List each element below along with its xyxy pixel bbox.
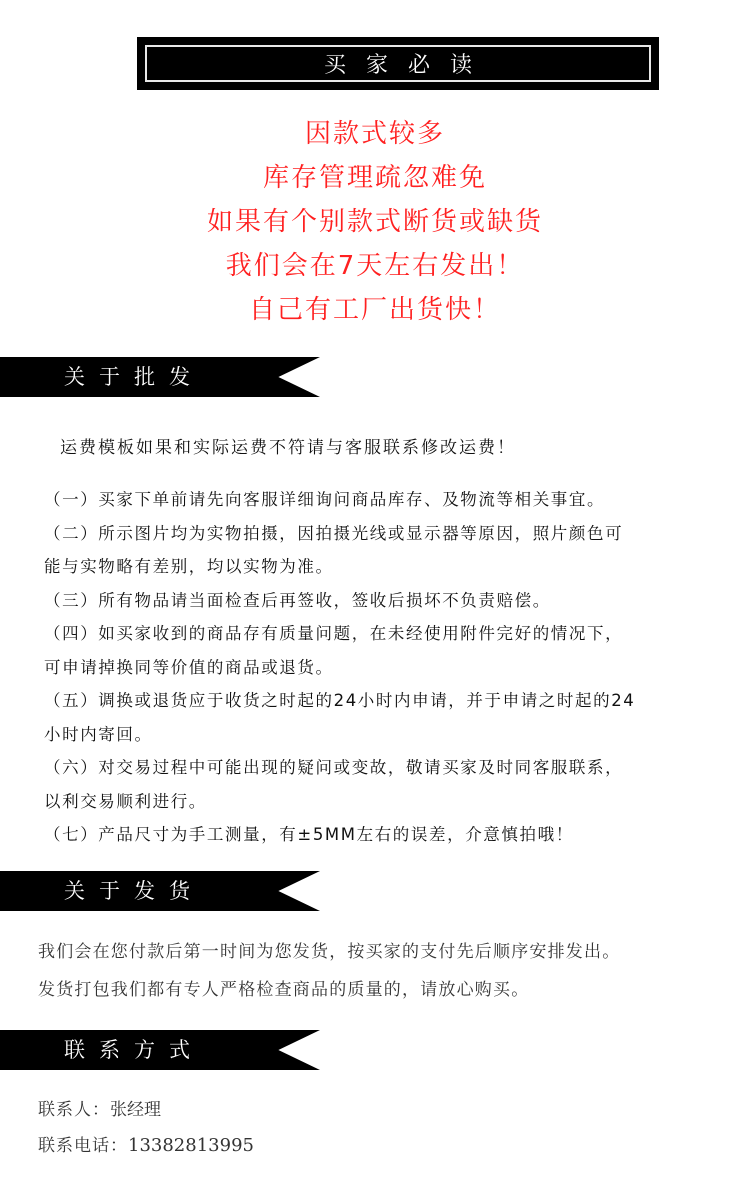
wholesale-rules: （一）买家下单前请先向客服详细询问商品库存、及物流等相关事宜。 （二）所示图片均… [44,483,744,852]
rule-item: （三）所有物品请当面检查后再签收，签收后损坏不负责赔偿。 [44,584,744,618]
header-frame: 买家必读 [145,45,651,82]
rule-item: 小时内寄回。 [44,718,744,752]
stock-notice-line: 因款式较多 [0,112,750,156]
shipping-fee-notice: 运费模板如果和实际运费不符请与客服联系修改运费！ [60,433,516,458]
stock-notice-line: 我们会在7天左右发出！ [0,244,750,288]
contact-phone-value: 13382813995 [128,1135,254,1156]
shipping-info: 我们会在您付款后第一时间为您发货，按买家的支付先后顺序安排发出。 发货打包我们都… [38,933,748,1009]
rule-item: （二）所示图片均为实物拍摄，因拍摄光线或显示器等原因，照片颜色可 [44,517,744,551]
stock-notice: 因款式较多 库存管理疏忽难免 如果有个别款式断货或缺货 我们会在7天左右发出！ … [0,112,750,332]
contact-phone-label: 联系电话： [38,1136,128,1156]
shipping-line: 发货打包我们都有专人严格检查商品的质量的，请放心购买。 [38,971,748,1009]
stock-notice-line: 如果有个别款式断货或缺货 [0,200,750,244]
rule-item: （六）对交易过程中可能出现的疑问或变故，敬请买家及时同客服联系， [44,751,744,785]
buyer-notice-header: 买家必读 [137,37,659,90]
header-title: 买家必读 [324,48,492,79]
section-banner-contact: 联系方式 [0,1030,320,1070]
stock-notice-line: 库存管理疏忽难免 [0,156,750,200]
contact-info: 联系人：张经理 联系电话：13382813995 [38,1093,254,1163]
rule-item: （四）如买家收到的商品存有质量问题，在未经使用附件完好的情况下， [44,617,744,651]
rule-item: （一）买家下单前请先向客服详细询问商品库存、及物流等相关事宜。 [44,483,744,517]
contact-person-value: 张经理 [110,1100,161,1120]
shipping-line: 我们会在您付款后第一时间为您发货，按买家的支付先后顺序安排发出。 [38,933,748,971]
section-banner-wholesale: 关于批发 [0,357,320,397]
section-title-contact: 联系方式 [64,1030,204,1070]
section-title-wholesale: 关于批发 [64,357,204,397]
section-banner-shipping: 关于发货 [0,871,320,911]
section-title-shipping: 关于发货 [64,871,204,911]
rule-item: 以利交易顺利进行。 [44,785,744,819]
rule-item: （七）产品尺寸为手工测量，有±5MM左右的误差，介意慎拍哦！ [44,818,744,852]
contact-person: 联系人：张经理 [38,1093,254,1128]
stock-notice-line: 自己有工厂出货快！ [0,288,750,332]
rule-item: 可申请掉换同等价值的商品或退货。 [44,651,744,685]
contact-phone: 联系电话：13382813995 [38,1128,254,1163]
rule-item: （五）调换或退货应于收货之时起的24小时内申请，并于申请之时起的24 [44,684,744,718]
rule-item: 能与实物略有差别，均以实物为准。 [44,550,744,584]
contact-person-label: 联系人： [38,1100,110,1120]
